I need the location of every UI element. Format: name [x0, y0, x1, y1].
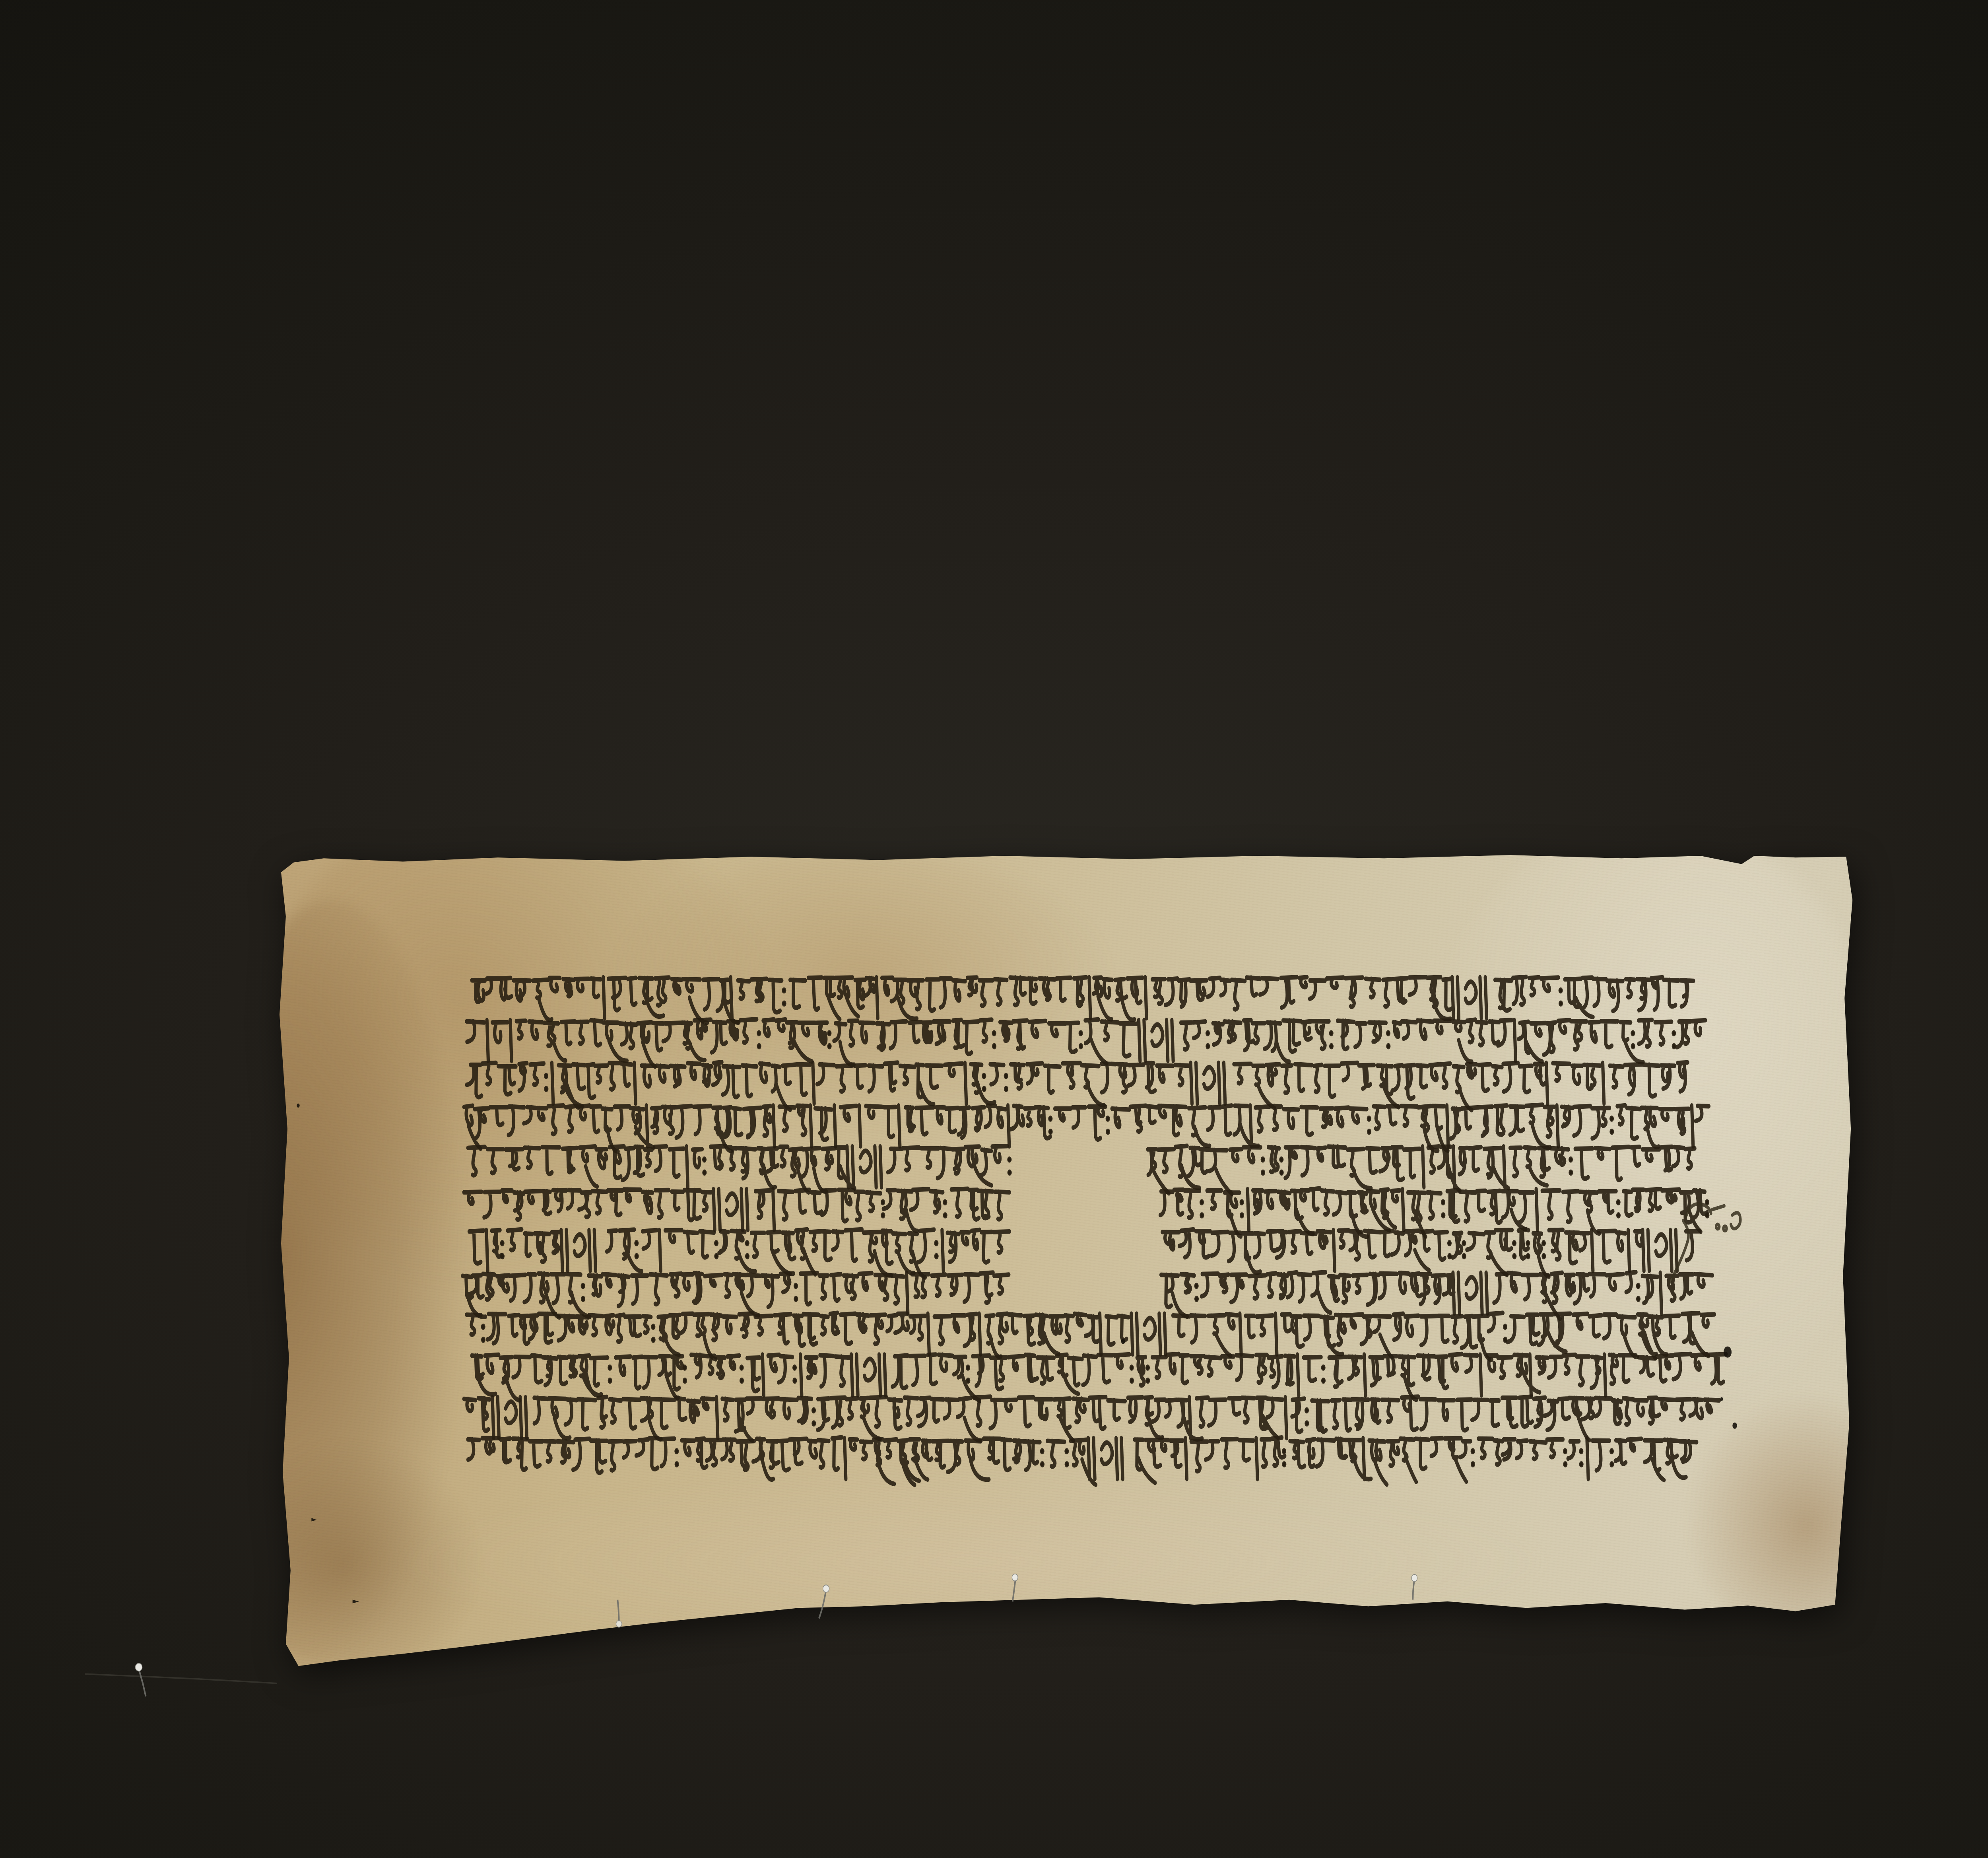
- straight-pin: [135, 1663, 146, 1696]
- photo-of-manuscript: ॥ হুসানবশত্তিত্রানমুবান মৃগীল্তেগ্রহীশাস…: [0, 0, 1988, 1858]
- straight-pin: [1411, 1574, 1417, 1600]
- ink-overlay: [0, 0, 1988, 1858]
- straight-pin: [616, 1600, 622, 1627]
- thread: [85, 1674, 277, 1683]
- handwritten-text-lines: [462, 977, 1726, 1485]
- straight-pin: [1012, 1574, 1018, 1602]
- pins: [135, 1574, 1417, 1697]
- straight-pin: [819, 1585, 829, 1618]
